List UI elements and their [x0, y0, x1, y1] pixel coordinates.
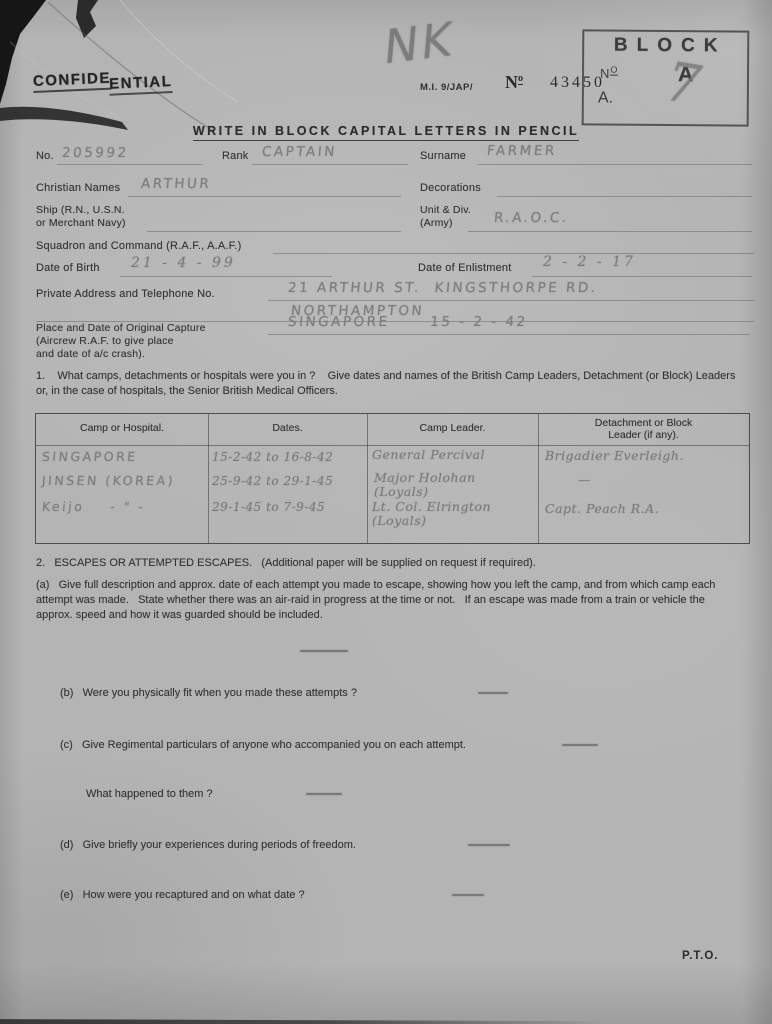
- pencil-dash: [306, 793, 342, 795]
- table-header-rule: [36, 445, 749, 446]
- number-prefix-sup: o: [518, 73, 523, 85]
- capture-rule: [268, 334, 750, 335]
- unit-value: R.A.O.C.: [493, 210, 569, 226]
- confidential-stamp-part2: ENTIAL: [109, 73, 173, 96]
- no-label: No.: [36, 150, 54, 162]
- surname-value: FARMER: [486, 143, 557, 159]
- date-of-enlistment-rule: [532, 276, 752, 277]
- section2-item-e: (e) How were you recaptured and on what …: [60, 888, 620, 903]
- squadron-label: Squadron and Command (R.A.F., A.A.F.): [36, 240, 242, 252]
- pencil-dash: [468, 844, 510, 846]
- surname-label: Surname: [420, 150, 466, 162]
- ship-label-line2: or Merchant Navy): [36, 217, 126, 229]
- table-cell-leader: General Percival: [372, 448, 485, 462]
- capture-label-line2: (Aircrew R.A.F. to give place: [36, 335, 174, 347]
- pencil-dash: [300, 650, 348, 652]
- ship-label-line1: Ship (R.N., U.S.N.: [36, 204, 125, 216]
- table-cell-detachment: Capt. Peach R.A.: [545, 501, 659, 516]
- unit-label-line2: (Army): [420, 217, 453, 229]
- ship-rule: [147, 231, 401, 232]
- number-prefix: No: [505, 72, 523, 93]
- date-of-birth-label: Date of Birth: [36, 262, 100, 274]
- pencil-dash: [478, 692, 508, 694]
- table-cell-dates: 25-9-42 to 29-1-45: [212, 474, 333, 488]
- section2-item-b: (b) Were you physically fit when you mad…: [60, 686, 620, 701]
- table-header-leader: Camp Leader.: [367, 422, 538, 434]
- unit-label-line1: Unit & Div.: [420, 204, 471, 216]
- rank-rule: [252, 164, 408, 165]
- decorations-rule: [497, 196, 752, 197]
- table-cell-camp: Keijo - " -: [41, 499, 146, 514]
- date-of-enlistment-label: Date of Enlistment: [418, 262, 511, 274]
- address-value-line1: 21 ARTHUR ST. KINGSTHORPE RD.: [287, 280, 598, 296]
- table-header-camp: Camp or Hospital.: [36, 422, 208, 434]
- section2-heading: 2. ESCAPES OR ATTEMPTED ESCAPES. (Additi…: [36, 556, 742, 571]
- unit-rule: [468, 231, 752, 232]
- rank-value: CAPTAIN: [261, 144, 337, 160]
- date-of-enlistment-value: 2 - 2 - 17: [543, 254, 636, 270]
- scanned-form-page: CONFIDEENTIAL NK M.I. 9/JAP/ No 43450 BL…: [0, 0, 772, 1024]
- office-reference: M.I. 9/JAP/: [420, 82, 473, 93]
- surname-rule: [478, 164, 752, 165]
- pencil-dash: [452, 894, 484, 896]
- no-value: 205992: [61, 145, 129, 161]
- number-prefix-n: N: [505, 72, 518, 92]
- block-stamp-title: BLOCK: [584, 34, 747, 57]
- pencil-initials: NK: [382, 11, 457, 75]
- instruction-heading: WRITE IN BLOCK CAPITAL LETTERS IN PENCIL: [0, 122, 772, 141]
- address-label: Private Address and Telephone No.: [36, 288, 215, 300]
- table-cell-dates: 29-1-45 to 7-9-45: [212, 500, 325, 514]
- capture-label-line3: and date of a/c crash).: [36, 348, 145, 360]
- decorations-label: Decorations: [420, 182, 481, 194]
- rank-label: Rank: [222, 150, 248, 162]
- table-cell-leader: Major Holohan (Loyals): [374, 471, 476, 499]
- christian-names-label: Christian Names: [36, 182, 120, 194]
- pto-label: P.T.O.: [682, 950, 718, 962]
- squadron-rule: [273, 253, 754, 254]
- question-1-text: 1. What camps, detachments or hospitals …: [36, 369, 742, 399]
- date-of-birth-value: 21 - 4 - 99: [131, 255, 236, 271]
- capture-value: SINGAPORE 15 - 2 - 42: [287, 314, 528, 330]
- address-rule1: [268, 300, 754, 301]
- instruction-heading-text: WRITE IN BLOCK CAPITAL LETTERS IN PENCIL: [193, 124, 579, 141]
- block-stamp-no-sup: O: [610, 65, 618, 76]
- bottom-edge-tear: [0, 1017, 608, 1024]
- table-header-detachment: Detachment or Block Leader (if any).: [538, 417, 749, 441]
- table-cell-dates: 15-2-42 to 16-8-42: [212, 450, 333, 464]
- confidential-stamp-part1: CONFIDE: [33, 70, 112, 93]
- section2-item-a: (a) Give full description and approx. da…: [36, 578, 744, 623]
- serial-number: 43450: [550, 74, 605, 92]
- no-rule: [57, 164, 202, 165]
- table-cell-camp: SINGAPORE: [41, 449, 138, 464]
- block-stamp-a-line: A.: [598, 90, 613, 108]
- section2-item-c: (c) Give Regimental particulars of anyon…: [60, 738, 620, 753]
- pencil-dash: [562, 744, 598, 746]
- table-cell-camp: JINSEN (KOREA): [41, 473, 175, 488]
- date-of-birth-rule: [120, 276, 332, 277]
- table-cell-detachment: —: [578, 472, 591, 487]
- table-cell-leader: Lt. Col. Elrington (Loyals): [372, 500, 491, 528]
- torn-corner-decoration: [0, 0, 260, 210]
- table-cell-detachment: Brigadier Everleigh.: [545, 448, 684, 463]
- table-header-dates: Dates.: [208, 422, 367, 434]
- christian-names-value: ARTHUR: [140, 176, 212, 192]
- section2-item-d: (d) Give briefly your experiences during…: [60, 838, 620, 853]
- capture-label-line1: Place and Date of Original Capture: [36, 322, 206, 334]
- christian-names-rule: [128, 196, 401, 197]
